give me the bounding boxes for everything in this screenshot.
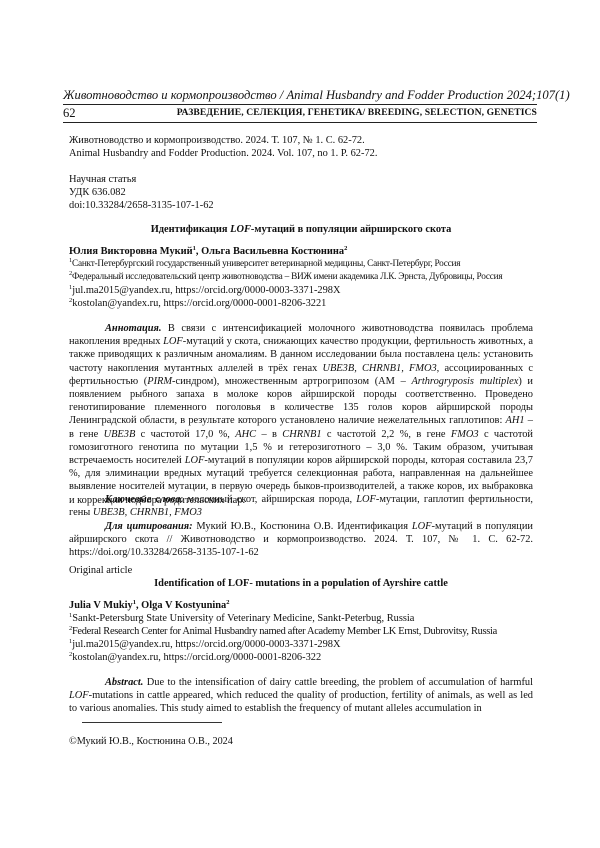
affiliation-en-2: 2Federal Research Center for Animal Husb… (69, 625, 533, 638)
keywords-term: LOF (356, 494, 376, 505)
author-sup: 2 (344, 245, 347, 252)
running-header-row: 62 РАЗВЕДЕНИЕ, СЕЛЕКЦИЯ, ГЕНЕТИКА/ BREED… (63, 105, 537, 121)
cite-label: Для цитирования: (105, 521, 193, 532)
cite-as-ru: Для цитирования: Мукий Ю.В., Костюнина О… (69, 520, 533, 560)
abstract-text: -синдром), множественным артрогрипозом (… (172, 376, 411, 387)
journal-page: Животноводство и кормопроизводство / Ani… (0, 0, 600, 848)
article-title-en: Identification of LOF- mutations in a po… (69, 577, 533, 590)
abstract-term: UBE3B, CHRNB1, FMO3, (322, 363, 439, 374)
contact-text[interactable]: kostolan@yandex.ru, https://orcid.org/00… (72, 298, 326, 309)
affiliation-ru-1: 1Санкт-Петербургский государственный уни… (69, 258, 533, 271)
authors-ru: Юлия Викторовна Мукий1, Ольга Васильевна… (69, 245, 533, 258)
abstract-term: PIRM (147, 376, 172, 387)
abstract-term: LOF (185, 455, 205, 466)
author-name: Olga V Kostyunina (141, 600, 226, 611)
cite-term: LOF (412, 521, 432, 532)
affiliation-text: Sankt-Petersburg State University of Vet… (72, 613, 414, 624)
abstract-text: – в (256, 429, 282, 440)
abstract-term: FMO3 (451, 429, 479, 440)
page-number: 62 (63, 105, 76, 121)
contact-en-2: 2kostolan@yandex.ru, https://orcid.org/0… (69, 651, 533, 664)
affiliation-text: Санкт-Петербургский государственный унив… (72, 259, 460, 269)
author-name: Юлия Викторовна Мукий (69, 246, 193, 257)
abstract-text: Due to the intensification of dairy catt… (143, 677, 533, 688)
abstract-en: Abstract. Due to the intensification of … (69, 676, 533, 716)
article-title-ru: Идентификация LOF-мутаций в популяции ай… (69, 223, 533, 236)
contact-text[interactable]: jul.ma2015@yandex.ru, https://orcid.org/… (72, 639, 340, 650)
citation-en: Animal Husbandry and Fodder Production. … (69, 147, 533, 160)
abstract-term: UBE3B (104, 429, 136, 440)
affiliation-text: Федеральный исследовательский центр живо… (72, 272, 502, 282)
abstract-term: LOF (69, 690, 89, 701)
article-type-en: Original article (69, 564, 533, 577)
affiliation-ru-2: 2Федеральный исследовательский центр жив… (69, 271, 533, 284)
contact-text[interactable]: kostolan@yandex.ru, https://orcid.org/00… (72, 652, 321, 663)
keywords-term: UBE3B, CHRNB1, FMO3 (93, 507, 202, 518)
affiliation-en-1: 1Sankt-Petersburg State University of Ve… (69, 612, 533, 625)
abstract-text: -mutations in cattle appeared, which red… (69, 690, 533, 714)
abstract-text: с частотой 2,2 %, в гене (322, 429, 451, 440)
contact-ru-2: 2kostolan@yandex.ru, https://orcid.org/0… (69, 297, 533, 310)
keywords-ru: Ключевые слова: молочный скот, айрширска… (69, 493, 533, 519)
author-name: Julia V Mukiy (69, 600, 133, 611)
title-part: Идентификация (151, 224, 230, 235)
abstract-ru: Аннотация. В связи с интенсификацией мол… (69, 322, 533, 507)
abstract-term: AHC (235, 429, 256, 440)
running-header-journal: Животноводство и кормопроизводство / Ani… (63, 88, 537, 103)
contact-text[interactable]: jul.ma2015@yandex.ru, https://orcid.org/… (72, 285, 340, 296)
contact-ru-1: 1jul.ma2015@yandex.ru, https://orcid.org… (69, 284, 533, 297)
author-name: Ольга Васильевна Костюнина (201, 246, 344, 257)
title-part-italic: LOF (230, 224, 251, 235)
authors-en: Julia V Mukiy1, Olga V Kostyunina2 (69, 599, 533, 612)
article-type-ru: Научная статья (69, 173, 533, 186)
udc-code: УДК 636.082 (69, 186, 533, 199)
abstract-text: с частотой 17,0 %, (135, 429, 235, 440)
author-sup: 2 (226, 599, 229, 606)
abstract-label: Аннотация. (105, 323, 161, 334)
abstract-term: LOF (163, 336, 183, 347)
contact-en-1: 1jul.ma2015@yandex.ru, https://orcid.org… (69, 638, 533, 651)
footnote-rule (82, 722, 222, 723)
doi: doi:10.33284/2658-3135-107-1-62 (69, 199, 533, 212)
abstract-term: CHRNB1 (282, 429, 321, 440)
abstract-term: Arthrogryposis multiplex (411, 376, 518, 387)
keywords-label: Ключевые слова (105, 494, 180, 505)
cite-text: Мукий Ю.В., Костюнина О.В. Идентификация (193, 521, 412, 532)
keywords-text: : молочный скот, айрширская порода, (180, 494, 356, 505)
title-part: -мутаций в популяции айрширского скота (251, 224, 451, 235)
affiliation-text: Federal Research Center for Animal Husba… (72, 626, 497, 637)
section-title: РАЗВЕДЕНИЕ, СЕЛЕКЦИЯ, ГЕНЕТИКА/ BREEDING… (177, 105, 537, 121)
abstract-label: Abstract. (105, 677, 143, 688)
copyright-footnote: ©Мукий Ю.В., Костюнина О.В., 2024 (69, 735, 233, 748)
abstract-term: AH1 (506, 415, 525, 426)
header-rule-bottom (63, 122, 537, 123)
citation-ru: Животноводство и кормопроизводство. 2024… (69, 134, 533, 147)
